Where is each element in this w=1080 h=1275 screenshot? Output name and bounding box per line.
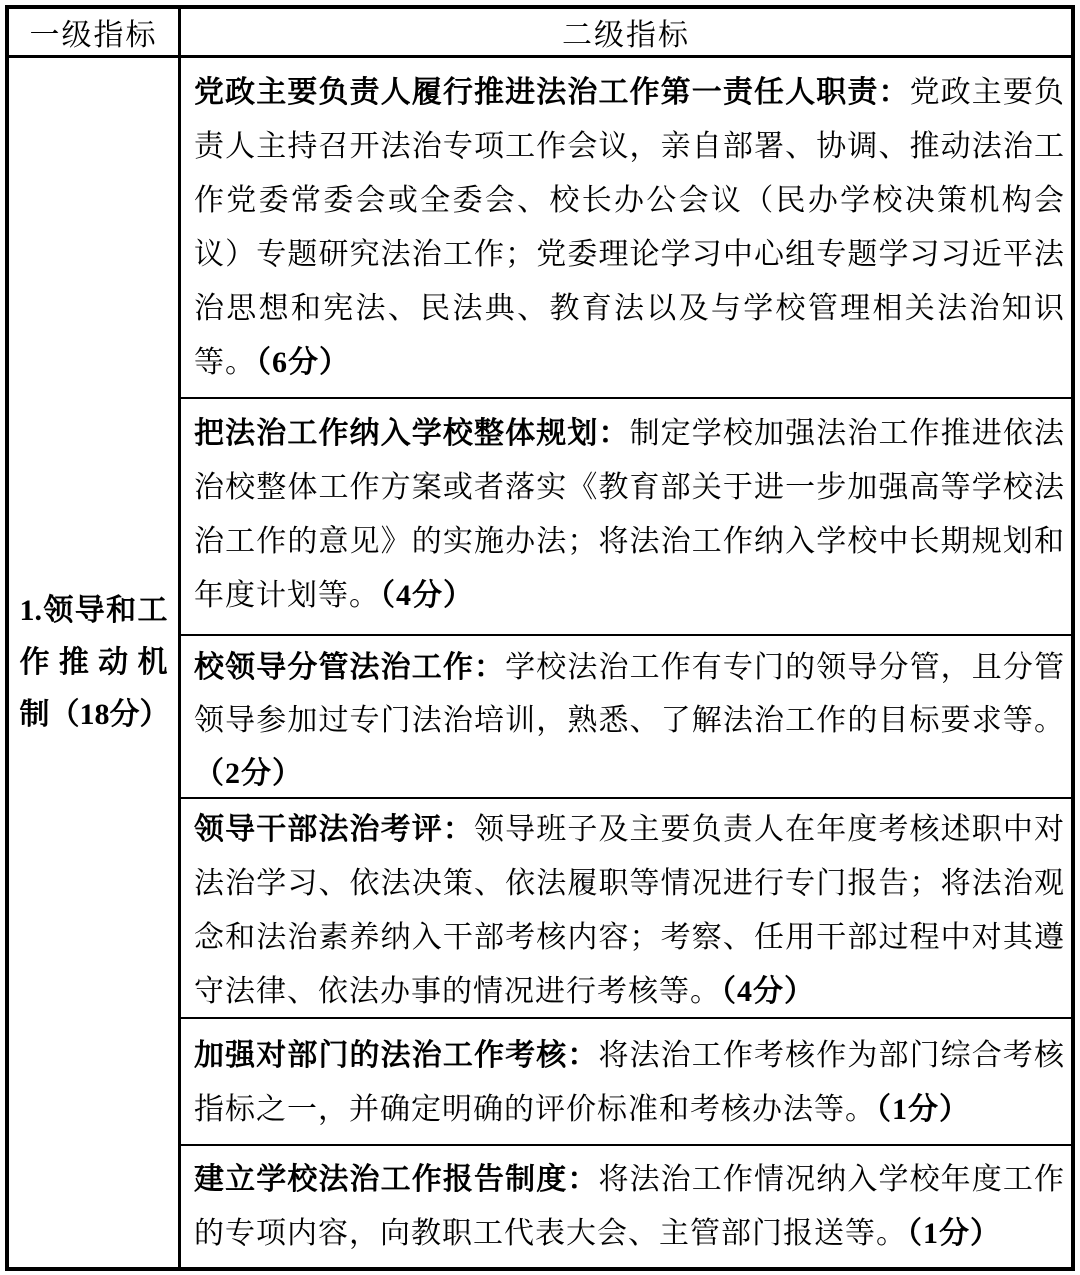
indicator-item-2-title: 把法治工作纳入学校整体规划：: [194, 417, 630, 450]
indicator-item-2-text: 把法治工作纳入学校整体规划：制定学校加强法治工作推进依法治校整体工作方案或者落实…: [194, 407, 1065, 623]
indicator-table: 一级指标 二级指标 1.领导和工作推动机制（18分） 党政主要负责人履行推进法治…: [5, 5, 1075, 1271]
level2-indicator-column: 党政主要负责人履行推进法治工作第一责任人职责：党政主要负责人主持召开法治专项工作…: [181, 58, 1071, 1267]
indicator-item-4-text: 领导干部法治考评：领导班子及主要负责人在年度考核述职中对法治学习、依法决策、依法…: [194, 803, 1065, 1019]
indicator-item-2-score: （4分）: [380, 579, 474, 612]
indicator-item-6: 建立学校法治工作报告制度：将法治工作情况纳入学校年度工作的专项内容，向教职工代表…: [181, 1146, 1071, 1267]
indicator-item-3-score: （2分）: [194, 757, 303, 790]
indicator-item-5: 加强对部门的法治工作考核：将法治工作考核作为部门综合考核指标之一，并确定明确的评…: [181, 1019, 1071, 1146]
level1-indicator-label: 1.领导和工作推动机制（18分）: [20, 585, 168, 741]
indicator-item-3-text: 校领导分管法治工作：学校法治工作有专门的领导分管，且分管领导参加过专门法治培训，…: [194, 641, 1065, 799]
table-header-row: 一级指标 二级指标: [9, 9, 1071, 58]
indicator-item-5-title: 加强对部门的法治工作考核：: [194, 1039, 598, 1072]
indicator-item-1-text: 党政主要负责人履行推进法治工作第一责任人职责：党政主要负责人主持召开法治专项工作…: [194, 66, 1065, 390]
table-body: 1.领导和工作推动机制（18分） 党政主要负责人履行推进法治工作第一责任人职责：…: [9, 58, 1071, 1267]
header-level1-indicator: 一级指标: [9, 9, 181, 55]
indicator-item-1-score: （6分）: [256, 346, 350, 379]
indicator-item-4-score: （4分）: [721, 975, 815, 1008]
level1-indicator-cell: 1.领导和工作推动机制（18分）: [9, 58, 181, 1267]
indicator-item-4: 领导干部法治考评：领导班子及主要负责人在年度考核述职中对法治学习、依法决策、依法…: [181, 799, 1071, 1019]
indicator-item-3: 校领导分管法治工作：学校法治工作有专门的领导分管，且分管领导参加过专门法治培训，…: [181, 636, 1071, 799]
indicator-item-6-text: 建立学校法治工作报告制度：将法治工作情况纳入学校年度工作的专项内容，向教职工代表…: [194, 1153, 1065, 1261]
indicator-item-4-title: 领导干部法治考评：: [194, 813, 474, 846]
header-level2-indicator: 二级指标: [181, 9, 1071, 55]
indicator-item-1-body: 党政主要负责人主持召开法治专项工作会议，亲自部署、协调、推动法治工作党委常委会或…: [194, 76, 1065, 379]
indicator-item-6-title: 建立学校法治工作报告制度：: [194, 1163, 598, 1196]
indicator-item-1: 党政主要负责人履行推进法治工作第一责任人职责：党政主要负责人主持召开法治专项工作…: [181, 58, 1071, 399]
document-page: 一级指标 二级指标 1.领导和工作推动机制（18分） 党政主要负责人履行推进法治…: [0, 0, 1080, 1275]
indicator-item-3-title: 校领导分管法治工作：: [194, 651, 505, 684]
indicator-item-1-title: 党政主要负责人履行推进法治工作第一责任人职责：: [194, 76, 910, 109]
indicator-item-6-score: （1分）: [907, 1217, 1001, 1250]
indicator-item-5-text: 加强对部门的法治工作考核：将法治工作考核作为部门综合考核指标之一，并确定明确的评…: [194, 1029, 1065, 1137]
indicator-item-2: 把法治工作纳入学校整体规划：制定学校加强法治工作推进依法治校整体工作方案或者落实…: [181, 399, 1071, 636]
indicator-item-5-score: （1分）: [876, 1093, 970, 1126]
